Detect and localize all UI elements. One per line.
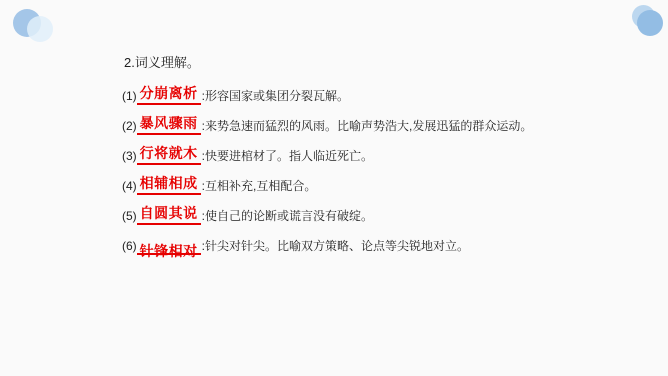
- item-number: (5): [122, 209, 137, 223]
- definition-item: (4)相辅相成:互相补充,互相配合。: [122, 177, 592, 197]
- circle-decoration-top-right-front: [637, 10, 663, 36]
- item-number: (4): [122, 179, 137, 193]
- circle-decoration-top-left-light: [27, 16, 53, 42]
- term-blank-underline: 分崩离析: [137, 88, 201, 105]
- definition-text: 快要进棺材了。指人临近死亡。: [205, 149, 373, 163]
- section-title: 2.词义理解。: [124, 54, 590, 72]
- definition-item: (5)自圆其说:使自己的论断或谎言没有破绽。: [122, 207, 592, 227]
- definition-item: (2)暴风骤雨:来势急速而猛烈的风雨。比喻声势浩大,发展迅猛的群众运动。: [122, 117, 592, 137]
- item-number: (2): [122, 119, 137, 133]
- definition-text: 针尖对针尖。比喻双方策略、论点等尖锐地对立。: [205, 239, 469, 253]
- term-blank-underline: 针锋相对: [137, 238, 201, 255]
- term-text: 暴风骤雨: [140, 115, 198, 131]
- item-number: (1): [122, 89, 137, 103]
- definition-item: (3)行将就木:快要进棺材了。指人临近死亡。: [122, 147, 592, 167]
- definition-item: (1)分崩离析:形容国家或集团分裂瓦解。: [122, 87, 592, 107]
- definition-text: 来势急速而猛烈的风雨。比喻声势浩大,发展迅猛的群众运动。: [205, 119, 532, 133]
- term-blank-underline: 相辅相成: [137, 178, 201, 195]
- definition-text: 互相补充,互相配合。: [205, 179, 316, 193]
- term-blank-underline: 自圆其说: [137, 208, 201, 225]
- term-blank-underline: 行将就木: [137, 148, 201, 165]
- term-text: 自圆其说: [140, 205, 198, 221]
- term-text: 相辅相成: [140, 175, 198, 191]
- item-number: (3): [122, 149, 137, 163]
- slide-content: 2.词义理解。 (1)分崩离析:形容国家或集团分裂瓦解。 (2)暴风骤雨:来势急…: [122, 54, 592, 267]
- definition-text: 形容国家或集团分裂瓦解。: [205, 89, 349, 103]
- term-text: 行将就木: [140, 145, 198, 161]
- definition-text: 使自己的论断或谎言没有破绽。: [205, 209, 373, 223]
- term-blank-underline: 暴风骤雨: [137, 118, 201, 135]
- term-text: 分崩离析: [140, 85, 198, 101]
- term-text: 针锋相对: [140, 243, 198, 259]
- definition-item: (6)针锋相对:针尖对针尖。比喻双方策略、论点等尖锐地对立。: [122, 237, 592, 257]
- item-number: (6): [122, 239, 137, 253]
